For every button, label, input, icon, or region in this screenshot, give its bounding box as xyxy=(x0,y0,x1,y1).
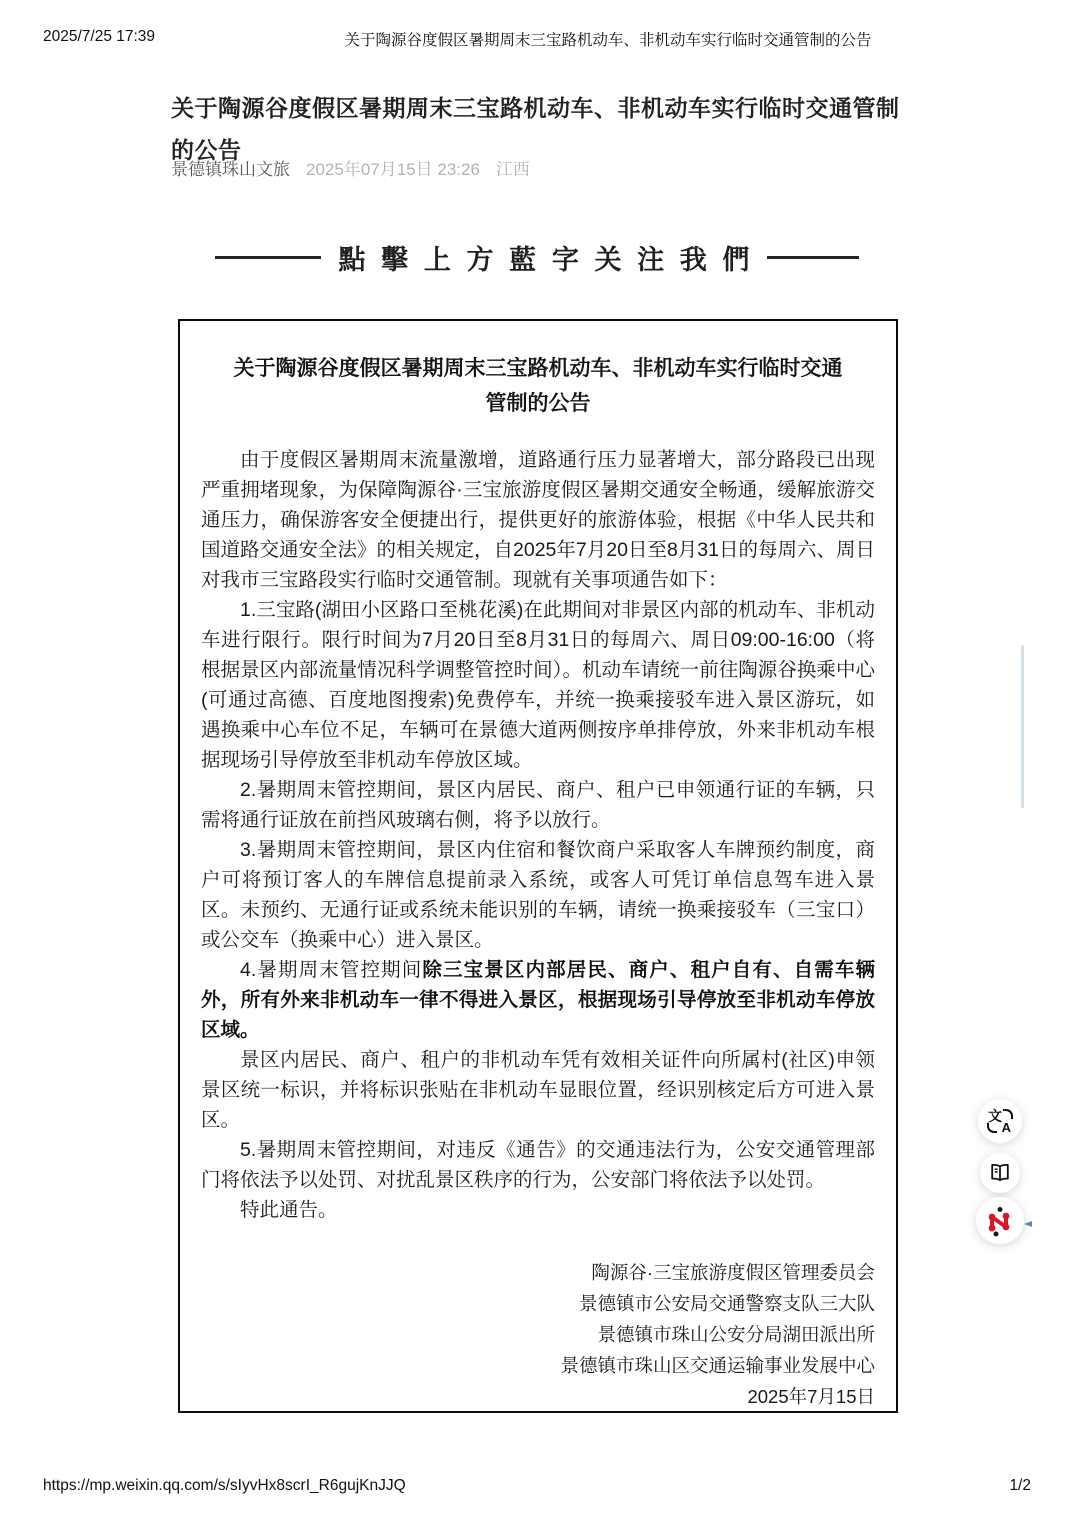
account-name[interactable]: 景德镇珠山文旅 xyxy=(171,155,290,180)
notice-title-line2: 管制的公告 xyxy=(201,386,875,421)
notice-item-4-note: 景区内居民、商户、租户的非机动车凭有效相关证件向所属村(社区)申领景区统一标识，… xyxy=(201,1045,875,1135)
signature-date: 2025年7月15日 xyxy=(201,1381,875,1412)
notice-item-5: 5.暑期周末管控期间，对违反《通告》的交通违法行为，公安交通管理部门将依法予以处… xyxy=(201,1135,875,1195)
translate-button[interactable]: 文 A xyxy=(978,1099,1022,1143)
publish-location: 江西 xyxy=(496,155,530,180)
signature-block: 陶源谷·三宝旅游度假区管理委员会 景德镇市公安局交通警察支队三大队 景德镇市珠山… xyxy=(201,1257,875,1412)
banner-text: 點擊上方藍字关注我們 xyxy=(339,238,766,277)
signature-line: 景德镇市珠山区交通运输事业发展中心 xyxy=(201,1350,875,1381)
print-datetime: 2025/7/25 17:39 xyxy=(43,28,155,46)
notice-body: 由于度假区暑期周末流量激增，道路通行压力显著增大，部分路段已出现严重拥堵现象，为… xyxy=(201,445,875,1225)
print-footer: https://mp.weixin.qq.com/s/sIyvHx8scrI_R… xyxy=(43,1477,1031,1495)
notice-title-line1: 关于陶源谷度假区暑期周末三宝路机动车、非机动车实行临时交通 xyxy=(201,351,875,386)
footer-url: https://mp.weixin.qq.com/s/sIyvHx8scrI_R… xyxy=(43,1477,406,1495)
notice-item-1: 1.三宝路(湖田小区路口至桃花溪)在此期间对非景区内部的机动车、非机动车进行限行… xyxy=(201,595,875,775)
print-header: 2025/7/25 17:39 关于陶源谷度假区暑期周末三宝路机动车、非机动车实… xyxy=(43,28,1031,50)
notice-box: 关于陶源谷度假区暑期周末三宝路机动车、非机动车实行临时交通 管制的公告 由于度假… xyxy=(178,319,898,1413)
signature-line: 陶源谷·三宝旅游度假区管理委员会 xyxy=(201,1257,875,1288)
scrollbar-thumb[interactable] xyxy=(1021,645,1024,808)
graph-button[interactable] xyxy=(976,1197,1024,1244)
notice-item-4-prefix: 4.暑期周末管控期间 xyxy=(240,959,422,981)
open-book-icon xyxy=(988,1161,1012,1185)
follow-banner: 點擊上方藍字关注我們 xyxy=(0,238,1074,277)
banner-left-rule xyxy=(215,256,321,259)
reader-button[interactable] xyxy=(980,1153,1020,1193)
blue-caret-icon xyxy=(1024,1221,1032,1227)
notice-item-2: 2.暑期周末管控期间，景区内居民、商户、租户已申领通行证的车辆，只需将通行证放在… xyxy=(201,775,875,835)
byline: 景德镇珠山文旅 2025年07月15日 23:26 江西 xyxy=(171,155,530,180)
signature-line: 景德镇市珠山公安分局湖田派出所 xyxy=(201,1319,875,1350)
notice-item-4: 4.暑期周末管控期间除三宝景区内部居民、商户、租户自有、自需车辆外，所有外来非机… xyxy=(201,955,875,1045)
red-network-icon xyxy=(982,1203,1018,1239)
translate-icon: 文 A xyxy=(987,1108,1013,1134)
notice-title: 关于陶源谷度假区暑期周末三宝路机动车、非机动车实行临时交通 管制的公告 xyxy=(201,351,875,421)
notice-intro: 由于度假区暑期周末流量激增，道路通行压力显著增大，部分路段已出现严重拥堵现象，为… xyxy=(201,445,875,595)
signature-line: 景德镇市公安局交通警察支队三大队 xyxy=(201,1288,875,1319)
banner-right-rule xyxy=(767,256,859,259)
page-number: 1/2 xyxy=(1009,1477,1031,1495)
notice-item-3: 3.暑期周末管控期间，景区内住宿和餐饮商户采取客人车牌预约制度，商户可将预订客人… xyxy=(201,835,875,955)
notice-closing: 特此通告。 xyxy=(201,1195,875,1225)
print-doc-title: 关于陶源谷度假区暑期周末三宝路机动车、非机动车实行临时交通管制的公告 xyxy=(155,28,1031,50)
publish-time: 2025年07月15日 23:26 xyxy=(306,155,480,180)
